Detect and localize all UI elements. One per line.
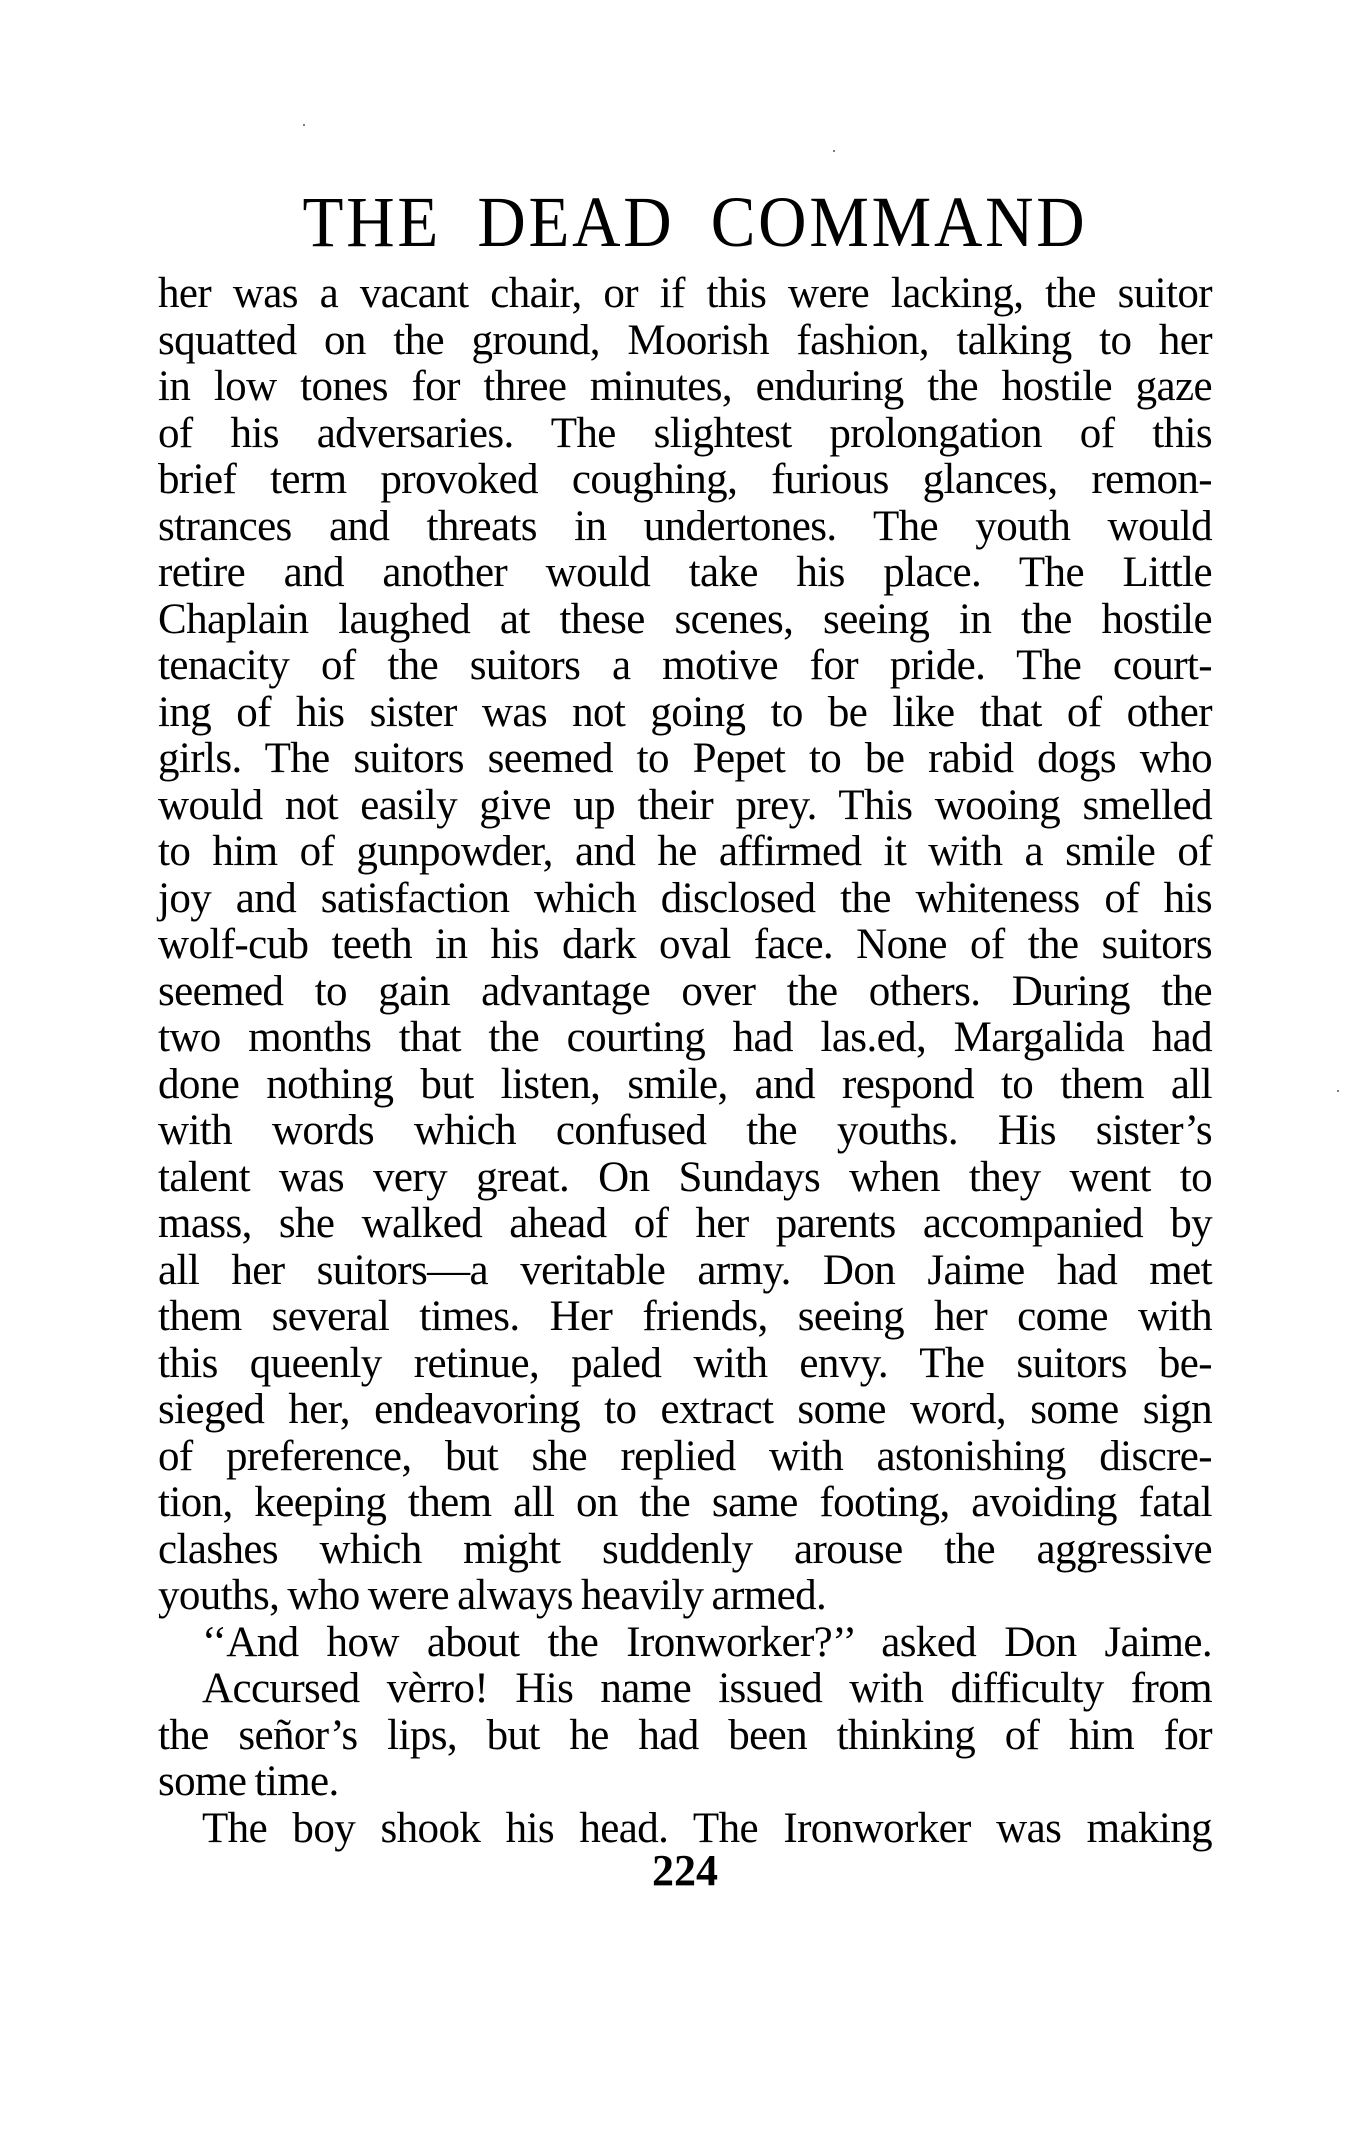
text-line: this queenly retinue, paled with envy. T…: [158, 1341, 1212, 1388]
text-line-content: girls. The suitors seemed to Pepet to be…: [158, 736, 1212, 783]
text-line: of preference, but she replied with asto…: [158, 1434, 1212, 1481]
text-line: seemed to gain advantage over the others…: [158, 969, 1212, 1016]
text-line-content: done nothing but listen, smile, and resp…: [158, 1062, 1212, 1109]
text-line-content: ing of his sister was not going to be li…: [158, 690, 1212, 737]
text-line-content: of preference, but she replied with asto…: [158, 1434, 1212, 1481]
text-line: sieged her, endeavoring to extract some …: [158, 1387, 1212, 1434]
dialogue-line: ‘‘And how about the Ironworker?’’ asked …: [158, 1620, 1212, 1667]
text-line: ing of his sister was not going to be li…: [158, 690, 1212, 737]
text-line-content: with words which confused the youths. Hi…: [158, 1108, 1212, 1155]
text-line: with words which confused the youths. Hi…: [158, 1108, 1212, 1155]
page-number: 224: [0, 1848, 1360, 1894]
text-line-content: mass, she walked ahead of her parents ac…: [158, 1201, 1212, 1248]
text-line: joy and satisfaction which disclosed the…: [158, 876, 1212, 923]
text-line-content: clashes which might suddenly arouse the …: [158, 1527, 1212, 1574]
text-line-content: would not easily give up their prey. Thi…: [158, 783, 1212, 830]
text-line: girls. The suitors seemed to Pepet to be…: [158, 736, 1212, 783]
text-line-content: Chaplain laughed at these scenes, seeing…: [158, 597, 1212, 644]
scan-speck: [303, 124, 305, 126]
scan-speck: [1337, 1090, 1339, 1092]
text-line-content: retire and another would take his place.…: [158, 550, 1212, 597]
text-line-content: ‘‘And how about the Ironworker?’’ asked …: [158, 1620, 1212, 1667]
text-line: her was a vacant chair, or if this were …: [158, 271, 1212, 318]
text-line-content: some time.: [158, 1759, 1212, 1806]
text-line: two months that the courting had las.ed,…: [158, 1015, 1212, 1062]
text-line: Chaplain laughed at these scenes, seeing…: [158, 597, 1212, 644]
body-text: her was a vacant chair, or if this were …: [158, 271, 1212, 1852]
text-line-content: wolf-cub teeth in his dark oval face. No…: [158, 922, 1212, 969]
text-line-content: of his adversaries. The slightest prolon…: [158, 411, 1212, 458]
text-line: brief term provoked coughing, furious gl…: [158, 457, 1212, 504]
text-line: them several times. Her friends, seeing …: [158, 1294, 1212, 1341]
text-line: of his adversaries. The slightest prolon…: [158, 411, 1212, 458]
text-line-content: them several times. Her friends, seeing …: [158, 1294, 1212, 1341]
text-line-content: all her suitors—a veritable army. Don Ja…: [158, 1248, 1212, 1295]
text-line: talent was very great. On Sundays when t…: [158, 1155, 1212, 1202]
text-line-content: squatted on the ground, Moorish fashion,…: [158, 318, 1212, 365]
text-line: would not easily give up their prey. Thi…: [158, 783, 1212, 830]
text-line-content: her was a vacant chair, or if this were …: [158, 271, 1212, 318]
text-line: strances and threats in undertones. The …: [158, 504, 1212, 551]
text-line: done nothing but listen, smile, and resp…: [158, 1062, 1212, 1109]
text-line-content: strances and threats in undertones. The …: [158, 504, 1212, 551]
text-line-content: joy and satisfaction which disclosed the…: [158, 876, 1212, 923]
text-line: to him of gunpowder, and he affirmed it …: [158, 829, 1212, 876]
text-line: retire and another would take his place.…: [158, 550, 1212, 597]
text-line-content: youths, who were always heavily armed.: [158, 1573, 1212, 1620]
paragraph-end-line: some time.: [158, 1759, 1212, 1806]
text-line-content: sieged her, endeavoring to extract some …: [158, 1387, 1212, 1434]
text-line: squatted on the ground, Moorish fashion,…: [158, 318, 1212, 365]
text-line-content: in low tones for three minutes, enduring…: [158, 364, 1212, 411]
text-line-content: the señor’s lips, but he had been thinki…: [158, 1713, 1212, 1760]
text-line-content: this queenly retinue, paled with envy. T…: [158, 1341, 1212, 1388]
text-line: all her suitors—a veritable army. Don Ja…: [158, 1248, 1212, 1295]
text-line-content: brief term provoked coughing, furious gl…: [158, 457, 1212, 504]
text-line: wolf-cub teeth in his dark oval face. No…: [158, 922, 1212, 969]
text-line: mass, she walked ahead of her parents ac…: [158, 1201, 1212, 1248]
text-line-content: seemed to gain advantage over the others…: [158, 969, 1212, 1016]
text-line-content: Accursed vèrro! His name issued with dif…: [158, 1666, 1212, 1713]
text-line-content: two months that the courting had las.ed,…: [158, 1015, 1212, 1062]
text-line: tenacity of the suitors a motive for pri…: [158, 643, 1212, 690]
text-line: the señor’s lips, but he had been thinki…: [158, 1713, 1212, 1760]
paragraph-end-line: youths, who were always heavily armed.: [158, 1573, 1212, 1620]
text-line-content: to him of gunpowder, and he affirmed it …: [158, 829, 1212, 876]
text-line: clashes which might suddenly arouse the …: [158, 1527, 1212, 1574]
text-line-content: tion, keeping them all on the same footi…: [158, 1480, 1212, 1527]
text-line: in low tones for three minutes, enduring…: [158, 364, 1212, 411]
book-page: THE DEAD COMMAND her was a vacant chair,…: [0, 0, 1360, 2156]
text-line-content: talent was very great. On Sundays when t…: [158, 1155, 1212, 1202]
scan-speck: [833, 150, 835, 152]
text-line-content: tenacity of the suitors a motive for pri…: [158, 643, 1212, 690]
running-head: THE DEAD COMMAND: [63, 172, 1328, 272]
text-line: tion, keeping them all on the same footi…: [158, 1480, 1212, 1527]
paragraph-start-line: Accursed vèrro! His name issued with dif…: [158, 1666, 1212, 1713]
